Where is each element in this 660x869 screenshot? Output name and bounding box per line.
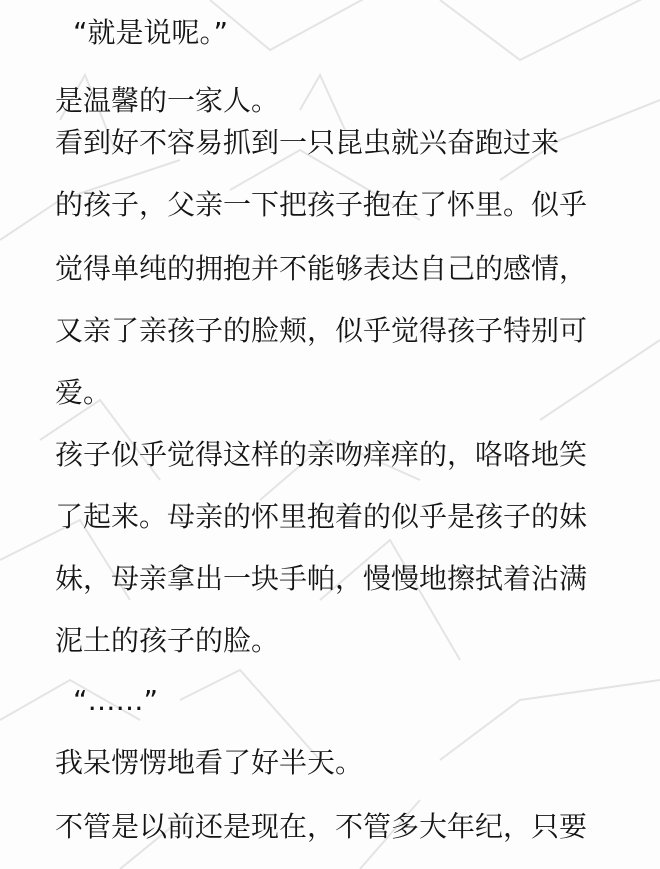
text-line: 爱。 <box>55 376 111 410</box>
text-line: 了起来。母亲的怀里抱着的似乎是孩子的妹 <box>55 500 587 534</box>
text-line: 泥土的孩子的脸。 <box>55 624 279 658</box>
text-line: 我呆愣愣地看了好半天。 <box>55 746 363 780</box>
text-line: “……” <box>73 684 158 718</box>
text-line: 不管是以前还是现在，不管多大年纪，只要 <box>55 810 587 844</box>
text-line: 妹，母亲拿出一块手帕，慢慢地擦拭着沾满 <box>55 562 587 596</box>
text-line: 是温馨的一家人。 <box>55 84 279 118</box>
text-line: 孩子似乎觉得这样的亲吻痒痒的，咯咯地笑 <box>55 438 587 472</box>
text-line: 看到好不容易抓到一只昆虫就兴奋跑过来 <box>55 126 559 160</box>
text-line: 的孩子，父亲一下把孩子抱在了怀里。似乎 <box>55 188 587 222</box>
text-line: 又亲了亲孩子的脸颊，似乎觉得孩子特别可 <box>55 314 587 348</box>
text-line: “就是说呢。” <box>73 16 228 50</box>
text-line: 觉得单纯的拥抱并不能够表达自己的感情， <box>55 252 587 286</box>
